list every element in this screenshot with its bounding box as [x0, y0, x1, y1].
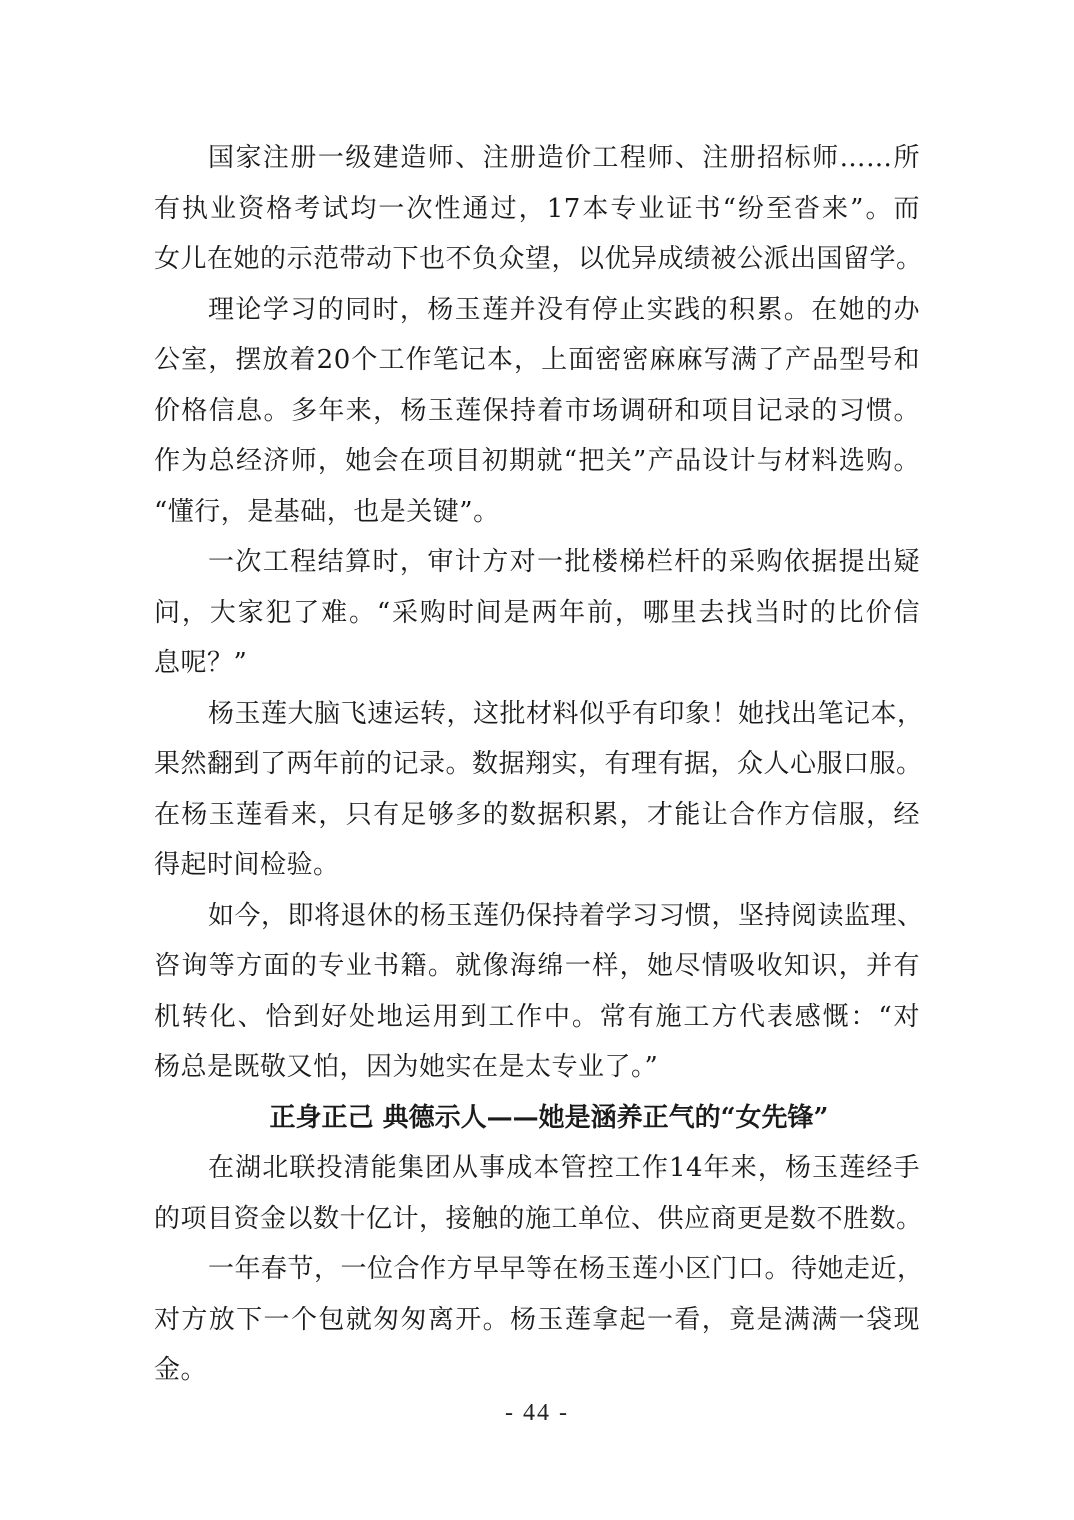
text-line: 问，大家犯了难。“采购时间是两年前，哪里去找当时的比价信 [154, 588, 920, 639]
paragraph-cost-control: 在湖北联投清能集团从事成本管控工作14年来，杨玉莲经手 的项目资金以数十亿计，接… [154, 1143, 920, 1244]
text-line: 作为总经济师，她会在项目初期就“把关”产品设计与材料选购。 [154, 436, 920, 487]
text-line: 女儿在她的示范带动下也不负众望，以优异成绩被公派出国留学。 [154, 234, 920, 285]
paragraph-records: 杨玉莲大脑飞速运转，这批材料似乎有印象！她找出笔记本， 果然翻到了两年前的记录。… [154, 689, 920, 891]
text-line: 如今，即将退休的杨玉莲仍保持着学习习惯，坚持阅读监理、 [154, 891, 920, 942]
paragraph-practice: 理论学习的同时，杨玉莲并没有停止实践的积累。在她的办 公室，摆放着20个工作笔记… [154, 285, 920, 538]
text-line: 得起时间检验。 [154, 840, 920, 891]
text-line: “懂行，是基础，也是关键”。 [154, 487, 920, 538]
text-line: 理论学习的同时，杨玉莲并没有停止实践的积累。在她的办 [154, 285, 920, 336]
article-body: 国家注册一级建造师、注册造价工程师、注册招标师……所 有执业资格考试均一次性通过… [154, 133, 920, 1396]
paragraph-audit: 一次工程结算时，审计方对一批楼梯栏杆的采购依据提出疑 问，大家犯了难。“采购时间… [154, 537, 920, 689]
text-line: 息呢？” [154, 638, 920, 689]
text-line: 有执业资格考试均一次性通过，17本专业证书“纷至沓来”。而 [154, 184, 920, 235]
text-line: 在杨玉莲看来，只有足够多的数据积累，才能让合作方信服，经 [154, 790, 920, 841]
paragraph-certifications: 国家注册一级建造师、注册造价工程师、注册招标师……所 有执业资格考试均一次性通过… [154, 133, 920, 285]
document-page: 国家注册一级建造师、注册造价工程师、注册招标师……所 有执业资格考试均一次性通过… [0, 0, 1074, 1520]
text-line: 一年春节，一位合作方早早等在杨玉莲小区门口。待她走近， [154, 1244, 920, 1295]
section-heading-text: 正身正己 典德示人——她是涵养正气的“女先锋” [154, 1093, 920, 1144]
text-line: 价格信息。多年来，杨玉莲保持着市场调研和项目记录的习惯。 [154, 386, 920, 437]
text-line: 机转化、恰到好处地运用到工作中。常有施工方代表感慨：“对 [154, 992, 920, 1043]
text-line: 一次工程结算时，审计方对一批楼梯栏杆的采购依据提出疑 [154, 537, 920, 588]
text-line: 公室，摆放着20个工作笔记本，上面密密麻麻写满了产品型号和 [154, 335, 920, 386]
text-line: 对方放下一个包就匆匆离开。杨玉莲拿起一看，竟是满满一袋现 [154, 1295, 920, 1346]
paragraph-learning: 如今，即将退休的杨玉莲仍保持着学习习惯，坚持阅读监理、 咨询等方面的专业书籍。就… [154, 891, 920, 1093]
text-line: 的项目资金以数十亿计，接触的施工单位、供应商更是数不胜数。 [154, 1194, 920, 1245]
text-line: 国家注册一级建造师、注册造价工程师、注册招标师……所 [154, 133, 920, 184]
text-line: 果然翻到了两年前的记录。数据翔实，有理有据，众人心服口服。 [154, 739, 920, 790]
page-number: - 44 - [0, 1400, 1074, 1427]
text-line: 咨询等方面的专业书籍。就像海绵一样，她尽情吸收知识，并有 [154, 941, 920, 992]
text-line: 杨总是既敬又怕，因为她实在是太专业了。” [154, 1042, 920, 1093]
text-line: 杨玉莲大脑飞速运转，这批材料似乎有印象！她找出笔记本， [154, 689, 920, 740]
text-line: 金。 [154, 1345, 920, 1396]
section-heading: 正身正己 典德示人——她是涵养正气的“女先锋” [154, 1093, 920, 1144]
paragraph-spring-festival: 一年春节，一位合作方早早等在杨玉莲小区门口。待她走近， 对方放下一个包就匆匆离开… [154, 1244, 920, 1396]
text-line: 在湖北联投清能集团从事成本管控工作14年来，杨玉莲经手 [154, 1143, 920, 1194]
